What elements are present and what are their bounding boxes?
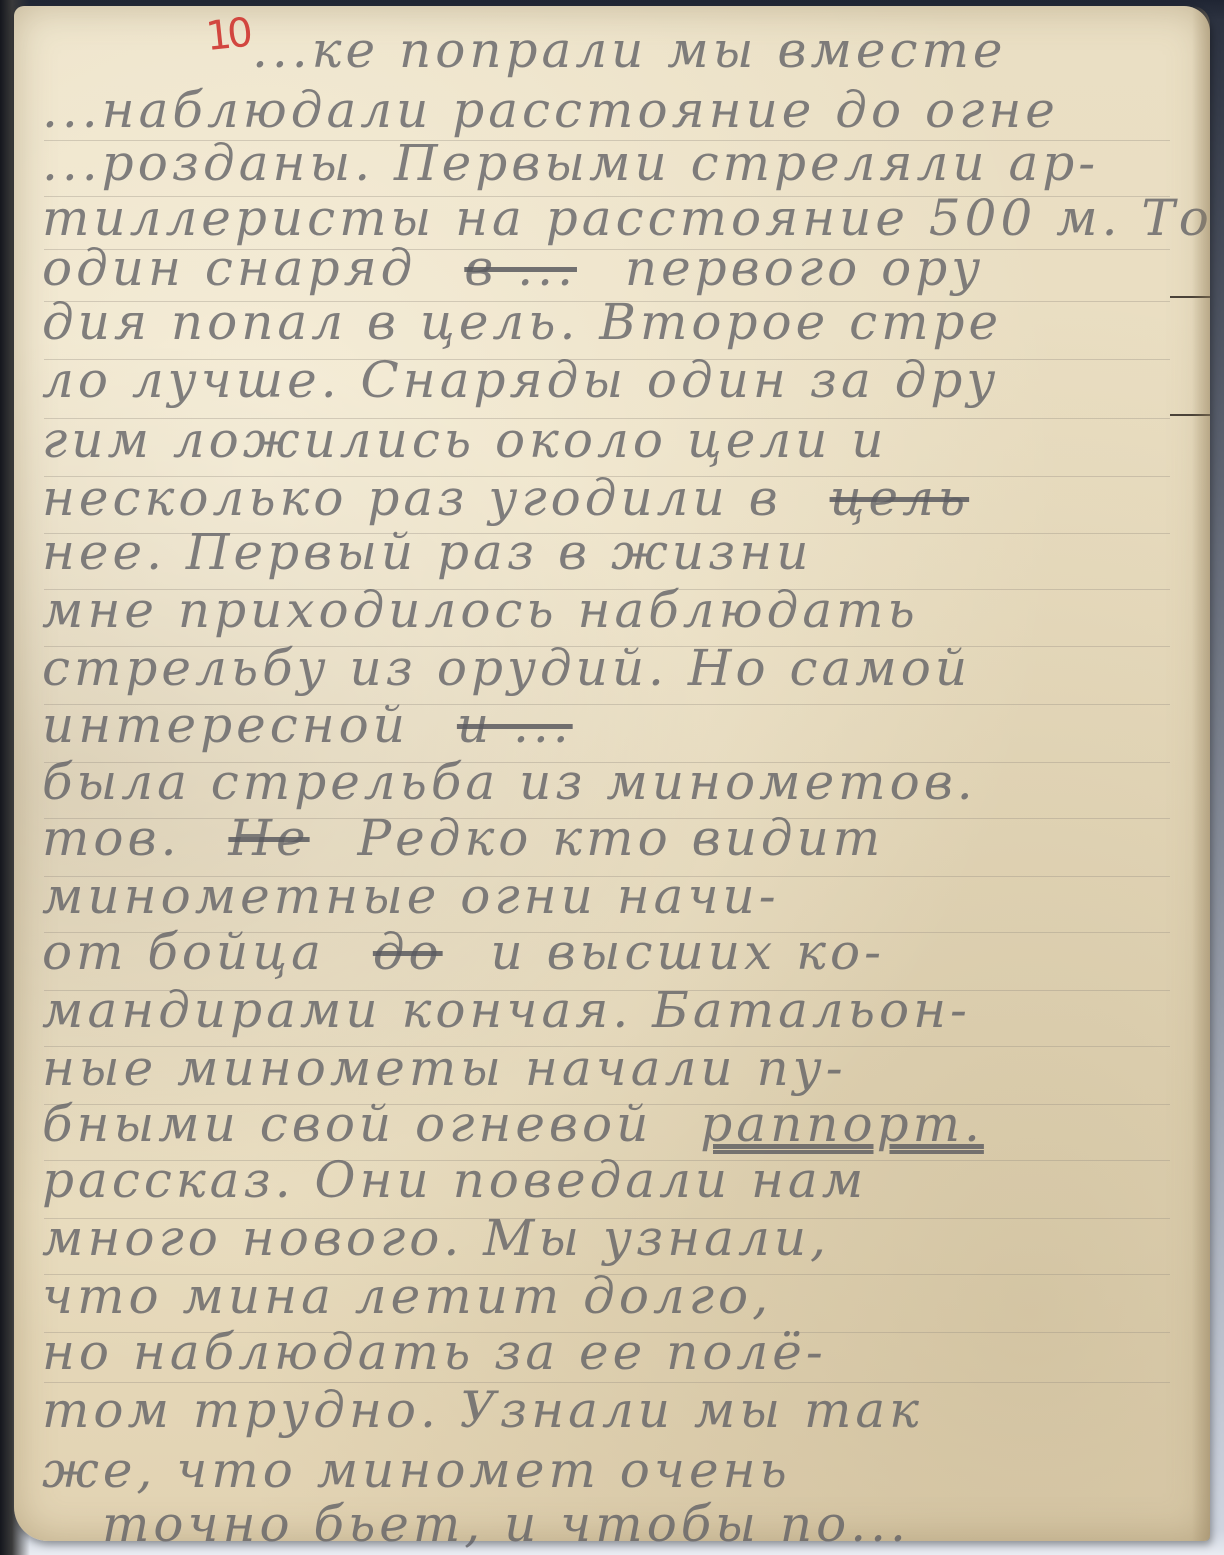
line-text: том трудно. Узнали мы так (42, 1381, 923, 1439)
line-text: от бойца (42, 923, 325, 981)
line-text: первого ору (625, 239, 984, 297)
line-text: точно бьет, и чтобы по... (102, 1495, 910, 1553)
handwritten-line: гим ложились около цели и (42, 410, 1212, 470)
line-text: несколько раз угодили в (42, 469, 782, 527)
line-text: один снаряд (42, 239, 416, 297)
handwritten-line: несколько раз угодили в цель (42, 468, 1212, 528)
handwritten-line: была стрельба из минометов. (42, 752, 1212, 812)
struck-text: цель (830, 469, 970, 527)
struck-text: и ... (457, 696, 573, 754)
line-text: мне приходилось наблюдать (42, 581, 919, 639)
handwritten-line: минометные огни начи- (42, 866, 1212, 926)
line-text: же, что миномет очень (42, 1441, 791, 1499)
handwritten-line: том трудно. Узнали мы так (42, 1380, 1212, 1440)
handwritten-line: ные минометы начали пу- (42, 1038, 1212, 1098)
line-text: ...ке попрали мы вместе (252, 21, 1007, 79)
line-text: нее. Первый раз в жизни (42, 523, 812, 581)
handwritten-line: дия попал в цель. Второе стре (42, 292, 1212, 352)
handwritten-line: но наблюдать за ее полё- (42, 1322, 1212, 1382)
underlined-text: раппорт. (700, 1095, 984, 1153)
line-text: стрельбу из орудий. Но самой (42, 639, 971, 697)
handwritten-line: ло лучше. Снаряды один за дру (42, 350, 1212, 410)
handwritten-line: мне приходилось наблюдать (42, 580, 1212, 640)
line-text: ...наблюдали расстояние до огне (42, 81, 1059, 139)
handwritten-line: мандирами кончая. Батальон- (42, 980, 1212, 1040)
line-text: минометные огни начи- (42, 867, 780, 925)
handwritten-line: один снаряд в ... первого ору (42, 238, 1212, 298)
line-text: дия попал в цель. Второе стре (42, 293, 1002, 351)
handwritten-line: тов. Не Редко кто видит (42, 808, 1212, 868)
line-text: ...розданы. Первыми стреляли ар- (42, 134, 1099, 192)
line-text: гим ложились около цели и (42, 411, 887, 469)
line-text: бными свой огневой (42, 1095, 652, 1153)
handwritten-line: рассказ. Они поведали нам (42, 1150, 1212, 1210)
line-text: была стрельба из минометов. (42, 753, 977, 811)
scan-background: 10 ...ке попрали мы вместе ...наблюдали … (0, 0, 1224, 1555)
handwritten-line: же, что миномет очень (42, 1440, 1212, 1500)
line-text: ные минометы начали пу- (42, 1039, 847, 1097)
line-text: ло лучше. Снаряды один за дру (42, 351, 999, 409)
handwritten-line: нее. Первый раз в жизни (42, 522, 1212, 582)
handwritten-line: бными свой огневой раппорт. (42, 1094, 1212, 1154)
struck-text: до (373, 923, 443, 981)
handwritten-line: интересной и ... (42, 695, 1212, 755)
handwritten-line: ...ке попрали мы вместе (42, 20, 1212, 80)
notebook-page: 10 ...ке попрали мы вместе ...наблюдали … (14, 6, 1210, 1541)
line-text: но наблюдать за ее полё- (42, 1323, 827, 1381)
handwritten-line: от бойца до и высших ко- (42, 922, 1212, 982)
line-text: рассказ. Они поведали нам (42, 1151, 867, 1209)
line-text: тов. (42, 809, 181, 867)
line-text: что мина летит долго, (42, 1267, 772, 1325)
line-text: много нового. Мы узнали, (42, 1209, 830, 1267)
line-text: и высших ко- (491, 923, 885, 981)
line-text: Редко кто видит (358, 809, 885, 867)
handwritten-line: много нового. Мы узнали, (42, 1208, 1212, 1268)
handwritten-line: стрельбу из орудий. Но самой (42, 638, 1212, 698)
struck-text: Не (228, 809, 309, 867)
handwritten-line: точно бьет, и чтобы по... (42, 1494, 1212, 1554)
handwritten-line: что мина летит долго, (42, 1266, 1212, 1326)
struck-text: в ... (464, 239, 577, 297)
line-text: интересной (42, 696, 409, 754)
handwritten-line: ...розданы. Первыми стреляли ар- (42, 133, 1212, 193)
line-text: мандирами кончая. Батальон- (42, 981, 971, 1039)
handwritten-line: ...наблюдали расстояние до огне (42, 80, 1212, 140)
